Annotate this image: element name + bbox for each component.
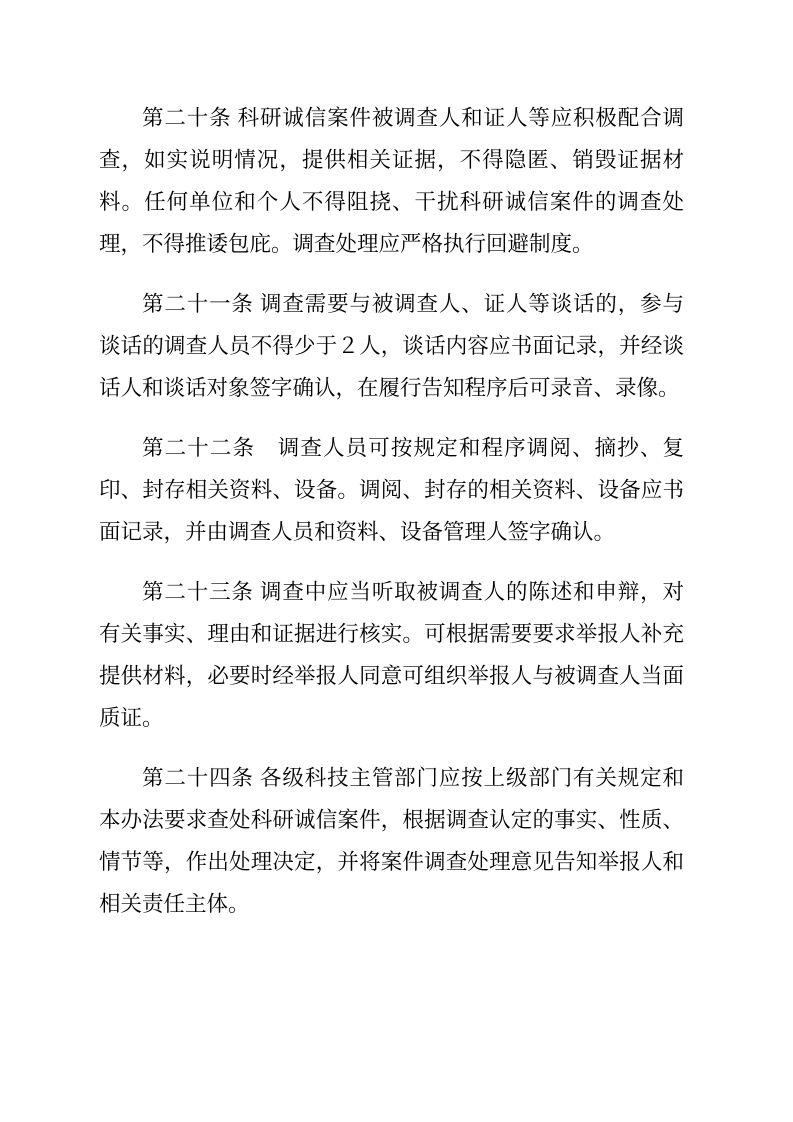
document-page: 第二十条 科研诚信案件被调查人和证人等应积极配合调查，如实说明情况，提供相关证据… [0,0,793,1122]
paragraph-article-21: 第二十一条 调查需要与被调查人、证人等谈话的，参与谈话的调查人员不得少于２人，谈… [99,283,684,409]
paragraph-article-22: 第二十二条 调查人员可按规定和程序调阅、摘抄、复印、封存相关资料、设备。调阅、封… [99,427,684,553]
paragraph-article-23: 第二十三条 调查中应当听取被调查人的陈述和申辩，对有关事实、理由和证据进行核实。… [99,571,684,739]
document-body: 第二十条 科研诚信案件被调查人和证人等应积极配合调查，如实说明情况，提供相关证据… [99,97,684,925]
paragraph-article-24: 第二十四条 各级科技主管部门应按上级部门有关规定和本办法要求查处科研诚信案件，根… [99,757,684,925]
paragraph-article-20: 第二十条 科研诚信案件被调查人和证人等应积极配合调查，如实说明情况，提供相关证据… [99,97,684,265]
